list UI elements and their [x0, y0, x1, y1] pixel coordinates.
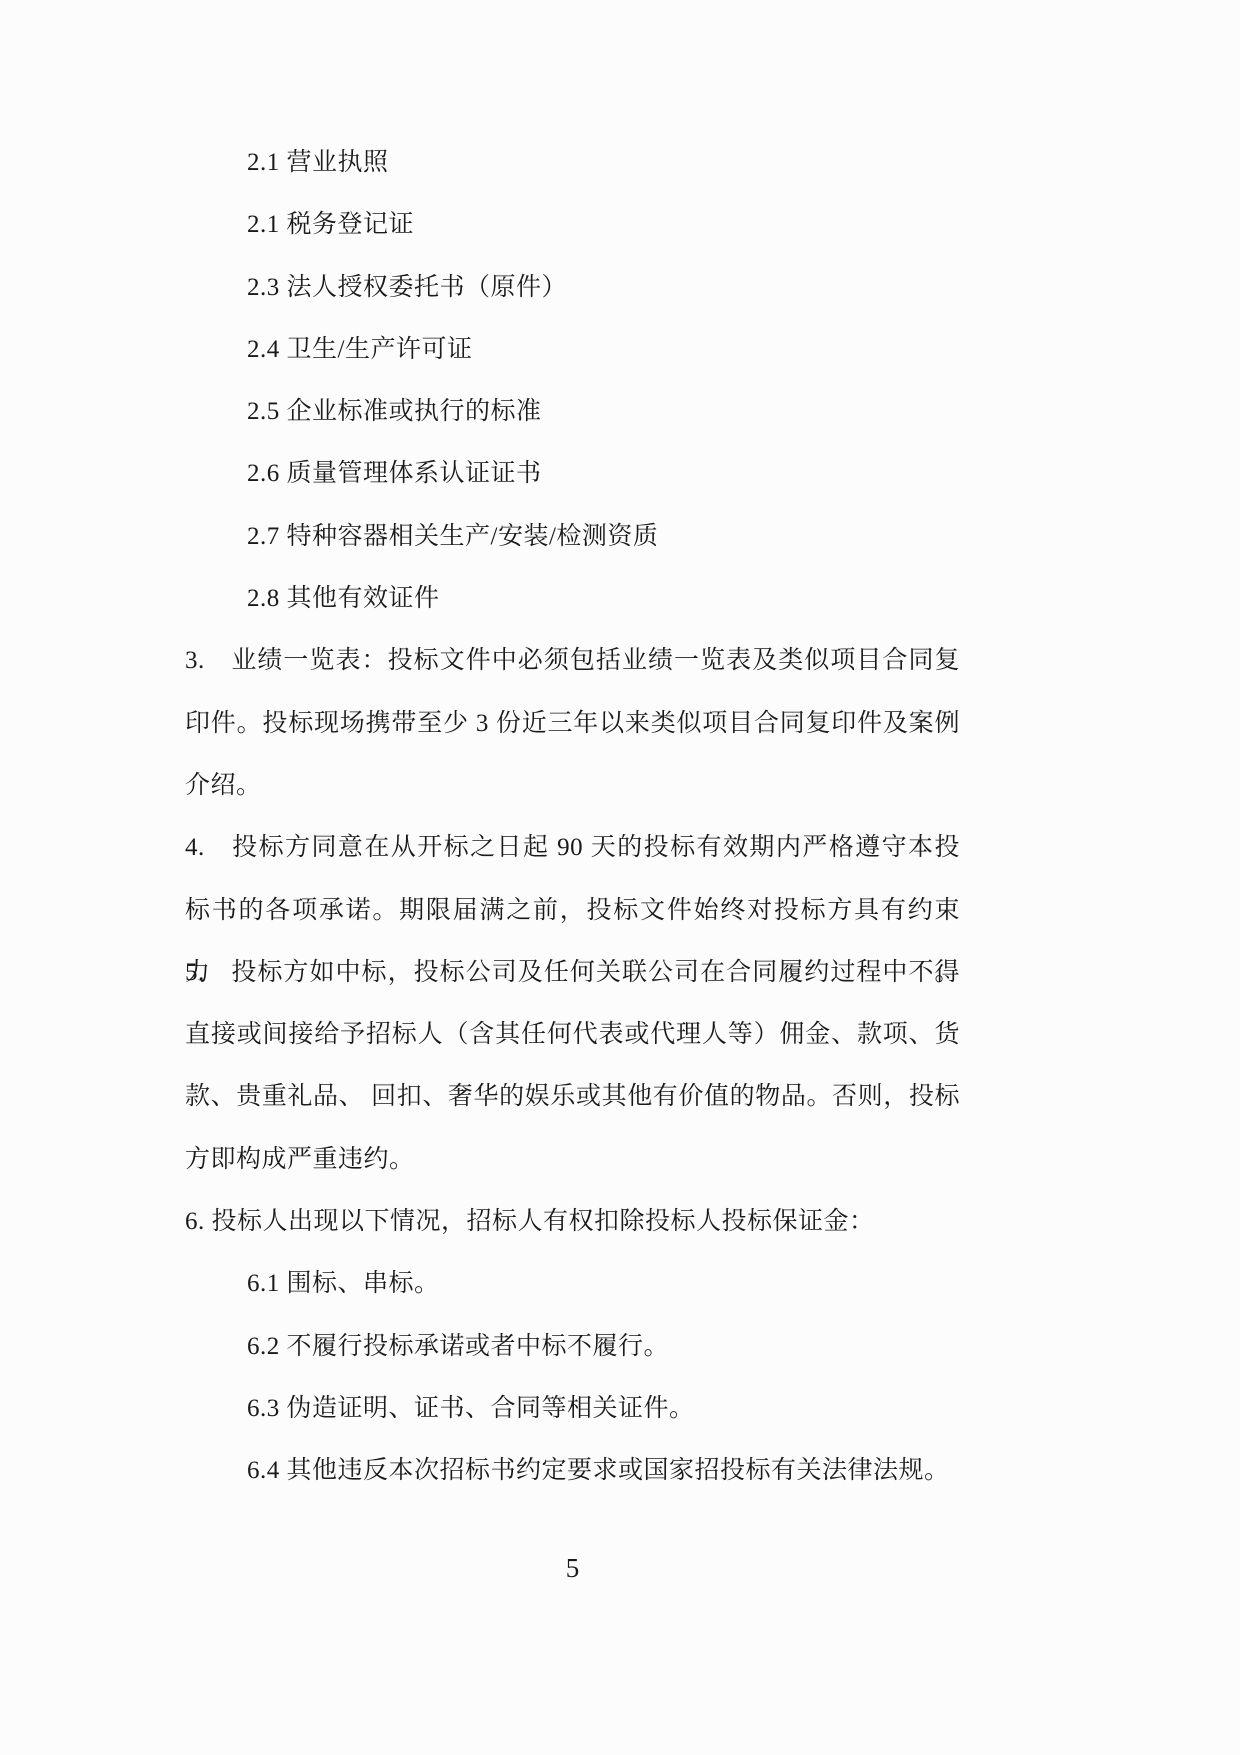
document-line: 6.2 不履行投标承诺或者中标不履行。 — [185, 1316, 960, 1378]
document-line: 3. 业绩一览表：投标文件中必须包括业绩一览表及类似项目合同复 — [185, 630, 960, 692]
document-line: 方即构成严重违约。 — [185, 1129, 960, 1191]
document-line: 2.6 质量管理体系认证证书 — [185, 443, 960, 505]
document-line: 印件。投标现场携带至少 3 份近三年以来类似项目合同复印件及案例 — [185, 693, 960, 755]
document-line: 2.7 特种容器相关生产/安装/检测资质 — [185, 506, 960, 568]
document-line: 2.4 卫生/生产许可证 — [185, 319, 960, 381]
document-line: 6.3 伪造证明、证书、合同等相关证件。 — [185, 1378, 960, 1440]
document-line: 标书的各项承诺。期限届满之前，投标文件始终对投标方具有约束力。 — [185, 880, 960, 942]
document-line: 5. 投标方如中标，投标公司及任何关联公司在合同履约过程中不得 — [185, 942, 960, 1004]
page-number: 5 — [185, 1548, 960, 1588]
document-line: 6.4 其他违反本次招标书约定要求或国家招投标有关法律法规。 — [185, 1440, 960, 1502]
document-line: 6. 投标人出现以下情况，招标人有权扣除投标人投标保证金： — [185, 1191, 960, 1253]
document-line: 款、贵重礼品、 回扣、奢华的娱乐或其他有价值的物品。否则，投标 — [185, 1066, 960, 1128]
document-line: 2.1 营业执照 — [185, 132, 960, 194]
document-page: 2.1 营业执照 2.1 税务登记证 2.3 法人授权委托书（原件） 2.4 卫… — [0, 0, 1240, 1755]
document-body: 2.1 营业执照 2.1 税务登记证 2.3 法人授权委托书（原件） 2.4 卫… — [185, 132, 960, 1503]
document-line: 介绍。 — [185, 755, 960, 817]
document-line: 直接或间接给予招标人（含其任何代表或代理人等）佣金、款项、货 — [185, 1004, 960, 1066]
document-line: 2.1 税务登记证 — [185, 194, 960, 256]
document-line: 6.1 围标、串标。 — [185, 1253, 960, 1315]
document-line: 2.3 法人授权委托书（原件） — [185, 257, 960, 319]
document-line: 4. 投标方同意在从开标之日起 90 天的投标有效期内严格遵守本投 — [185, 817, 960, 879]
document-line: 2.8 其他有效证件 — [185, 568, 960, 630]
document-line: 2.5 企业标准或执行的标准 — [185, 381, 960, 443]
